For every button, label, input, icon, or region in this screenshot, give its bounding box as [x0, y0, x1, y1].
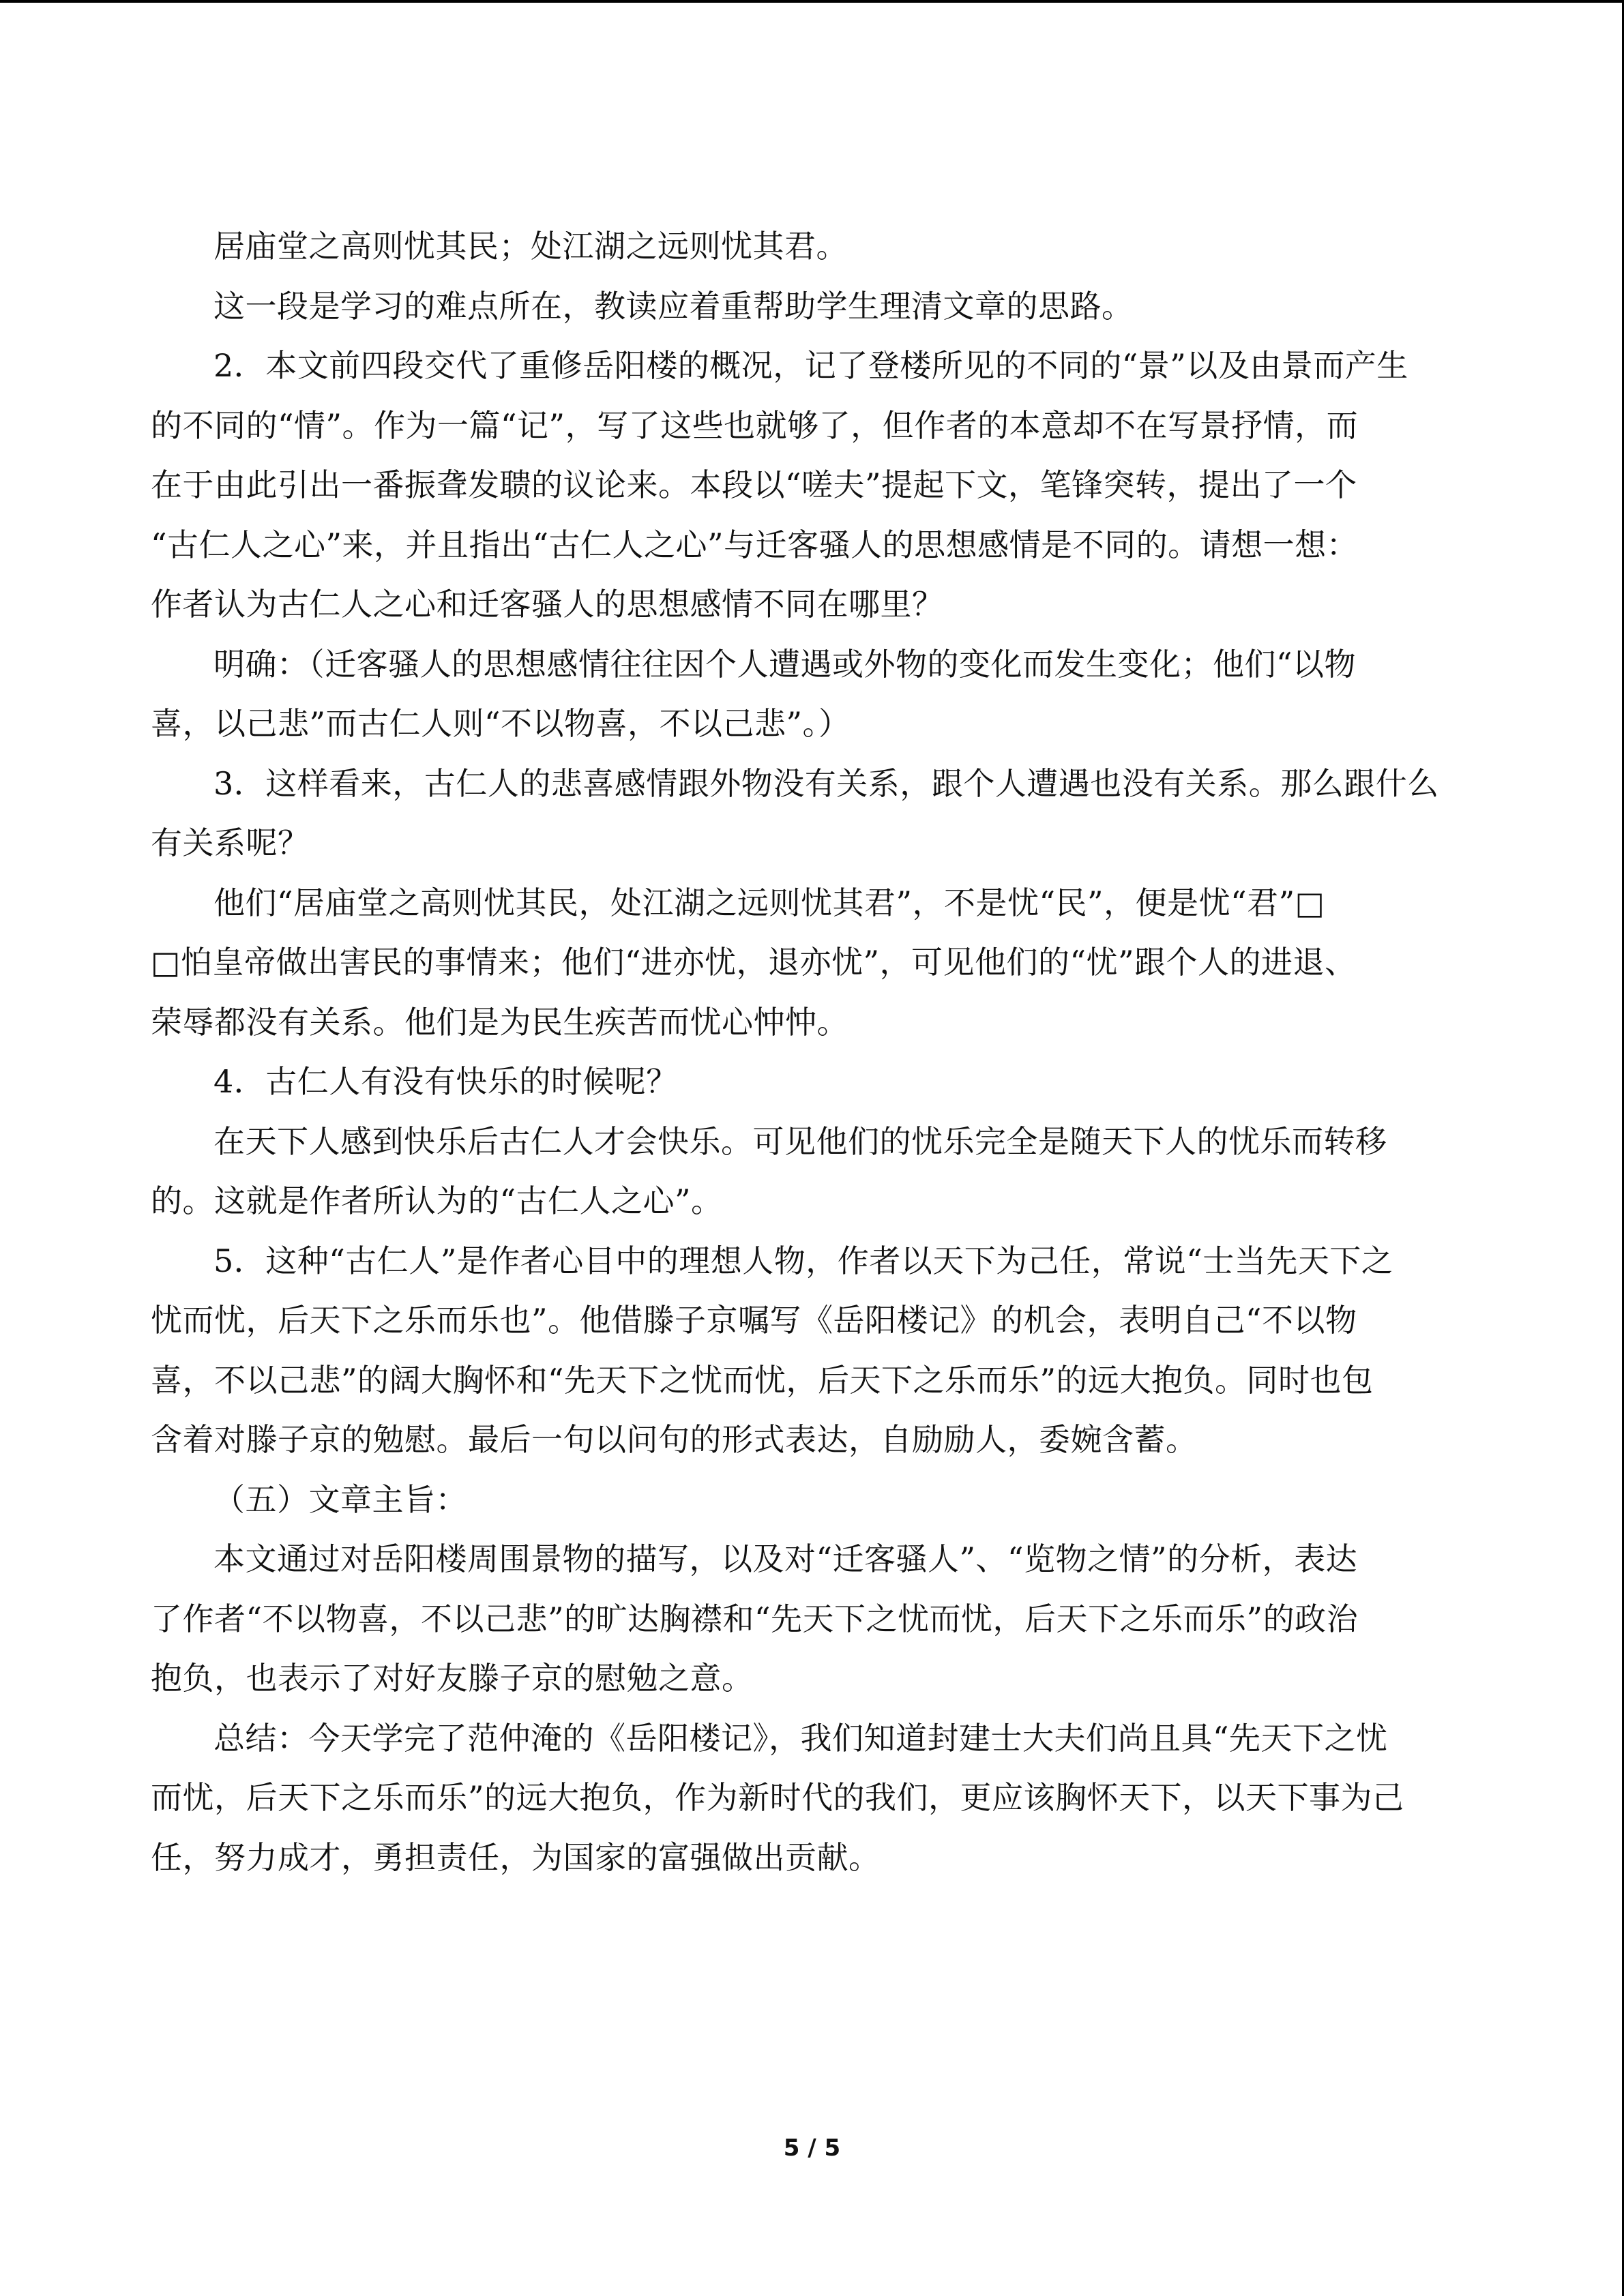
text-line: 的不同的“情”。作为一篇“记”，写了这些也就够了，但作者的本意却不在写景抒情，而 — [151, 396, 1474, 456]
section-heading: （五）文章主旨： — [151, 1470, 1474, 1530]
text-line: 荣辱都没有关系。他们是为民生疾苦而忧心忡忡。 — [151, 993, 1474, 1053]
text-line: 2．本文前四段交代了重修岳阳楼的概况，记了登楼所见的不同的“景”以及由景而产生 — [151, 336, 1474, 396]
text-line: 5．这种“古仁人”是作者心目中的理想人物，作者以天下为己任，常说“士当先天下之 — [151, 1232, 1474, 1292]
text-line: 含着对滕子京的勉慰。最后一句以问句的形式表达，自励励人，委婉含蓄。 — [151, 1410, 1474, 1470]
text-line: 喜，以己悲”而古仁人则“不以物喜，不以己悲”。） — [151, 694, 1474, 754]
text-line: 4．古仁人有没有快乐的时候呢？ — [151, 1052, 1474, 1112]
text-line: 在天下人感到快乐后古仁人才会快乐。可见他们的忧乐完全是随天下人的忧乐而转移 — [151, 1112, 1474, 1172]
text-line: “古仁人之心”来，并且指出“古仁人之心”与迁客骚人的思想感情是不同的。请想一想： — [151, 516, 1474, 576]
page-top-border — [0, 0, 1624, 3]
text-line: 总结：今天学完了范仲淹的《岳阳楼记》，我们知道封建士大夫们尚且具“先天下之忧 — [151, 1709, 1474, 1769]
text-line: 忧而忧，后天下之乐而乐也”。他借滕子京嘱写《岳阳楼记》的机会，表明自己“不以物 — [151, 1291, 1474, 1351]
text-line: 抱负，也表示了对好友滕子京的慰勉之意。 — [151, 1649, 1474, 1709]
text-line: 的。这就是作者所认为的“古仁人之心”。 — [151, 1172, 1474, 1232]
page-number: 5 / 5 — [0, 2134, 1624, 2162]
text-line: □怕皇帝做出害民的事情来；他们“进亦忧，退亦忧”，可见他们的“忧”跟个人的进退、 — [151, 933, 1474, 993]
text-line: 他们“居庙堂之高则忧其民，处江湖之远则忧其君”，不是忧“民”，便是忧“君”□ — [151, 874, 1474, 934]
text-line: 了作者“不以物喜，不以己悲”的旷达胸襟和“先天下之忧而忧，后天下之乐而乐”的政治 — [151, 1590, 1474, 1650]
text-line: 明确：（迁客骚人的思想感情往往因个人遭遇或外物的变化而发生变化；他们“以物 — [151, 635, 1474, 695]
text-line: 作者认为古仁人之心和迁客骚人的思想感情不同在哪里？ — [151, 575, 1474, 635]
text-line: 喜，不以己悲”的阔大胸怀和“先天下之忧而忧，后天下之乐而乐”的远大抱负。同时也包 — [151, 1351, 1474, 1411]
text-line: 而忧，后天下之乐而乐”的远大抱负，作为新时代的我们，更应该胸怀天下，以天下事为己 — [151, 1768, 1474, 1828]
text-line: 这一段是学习的难点所在，教读应着重帮助学生理清文章的思路。 — [151, 277, 1474, 337]
text-line: 居庙堂之高则忧其民；处江湖之远则忧其君。 — [151, 217, 1474, 277]
document-body: 居庙堂之高则忧其民；处江湖之远则忧其君。 这一段是学习的难点所在，教读应着重帮助… — [151, 217, 1474, 1888]
text-line: 在于由此引出一番振聋发聩的议论来。本段以“嗟夫”提起下文，笔锋突转，提出了一个 — [151, 456, 1474, 516]
text-line: 本文通过对岳阳楼周围景物的描写，以及对“迁客骚人”、“览物之情”的分析，表达 — [151, 1530, 1474, 1590]
text-line: 任，努力成才，勇担责任，为国家的富强做出贡献。 — [151, 1828, 1474, 1888]
text-line: 3．这样看来，古仁人的悲喜感情跟外物没有关系，跟个人遭遇也没有关系。那么跟什么 — [151, 754, 1474, 814]
text-line: 有关系呢？ — [151, 814, 1474, 874]
